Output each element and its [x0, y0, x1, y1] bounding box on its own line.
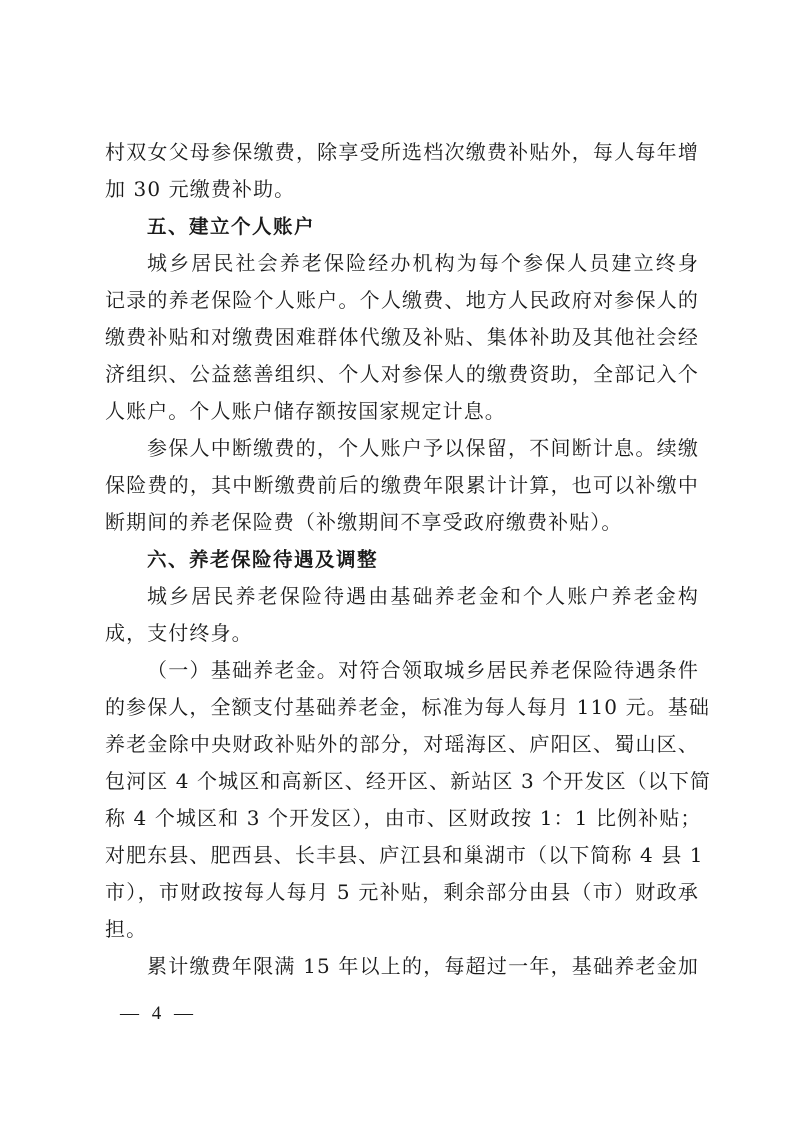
paragraph-start: 城乡居民养老保险待遇由基础养老金和个人账户养老金构	[105, 578, 699, 615]
section-heading-6: 六、养老保险待遇及调整	[105, 541, 699, 578]
body-line: 保险费的，其中断缴费前后的缴费年限累计计算，也可以补缴中	[105, 467, 699, 504]
body-line: 包河区 4 个城区和高新区、经开区、新站区 3 个开发区（以下简	[105, 763, 699, 800]
body-line: 养老金除中央财政补贴外的部分，对瑶海区、庐阳区、蜀山区、	[105, 726, 699, 763]
body-line: 加 30 元缴费补助。	[105, 171, 699, 208]
body-line: 的参保人，全额支付基础养老金，标准为每人每月 110 元。基础	[105, 689, 699, 726]
body-line: 断期间的养老保险费（补缴期间不享受政府缴费补贴）。	[105, 504, 699, 541]
body-line: 村双女父母参保缴费，除享受所选档次缴费补贴外，每人每年增	[105, 134, 699, 171]
body-line: 缴费补贴和对缴费困难群体代缴及补贴、集体补助及其他社会经	[105, 319, 699, 356]
document-page: 村双女父母参保缴费，除享受所选档次缴费补贴外，每人每年增 加 30 元缴费补助。…	[105, 134, 699, 985]
body-line: 市），市财政按每人每月 5 元补贴，剩余部分由县（市）财政承	[105, 874, 699, 911]
paragraph-start: （一）基础养老金。对符合领取城乡居民养老保险待遇条件	[105, 652, 699, 689]
paragraph-start: 城乡居民社会养老保险经办机构为每个参保人员建立终身	[105, 245, 699, 282]
section-heading-5: 五、建立个人账户	[105, 208, 699, 245]
body-line: 人账户。个人账户储存额按国家规定计息。	[105, 393, 699, 430]
body-line: 称 4 个城区和 3 个开发区），由市、区财政按 1：1 比例补贴；	[105, 800, 699, 837]
body-line: 担。	[105, 911, 699, 948]
body-line: 对肥东县、肥西县、长丰县、庐江县和巢湖市（以下简称 4 县 1	[105, 837, 699, 874]
paragraph-start: 累计缴费年限满 15 年以上的，每超过一年，基础养老金加	[105, 948, 699, 985]
body-line: 济组织、公益慈善组织、个人对参保人的缴费资助，全部记入个	[105, 356, 699, 393]
paragraph-start: 参保人中断缴费的，个人账户予以保留，不间断计息。续缴	[105, 430, 699, 467]
body-line: 记录的养老保险个人账户。个人缴费、地方人民政府对参保人的	[105, 282, 699, 319]
page-number: — 4 —	[120, 1003, 197, 1025]
body-line: 成，支付终身。	[105, 615, 699, 652]
